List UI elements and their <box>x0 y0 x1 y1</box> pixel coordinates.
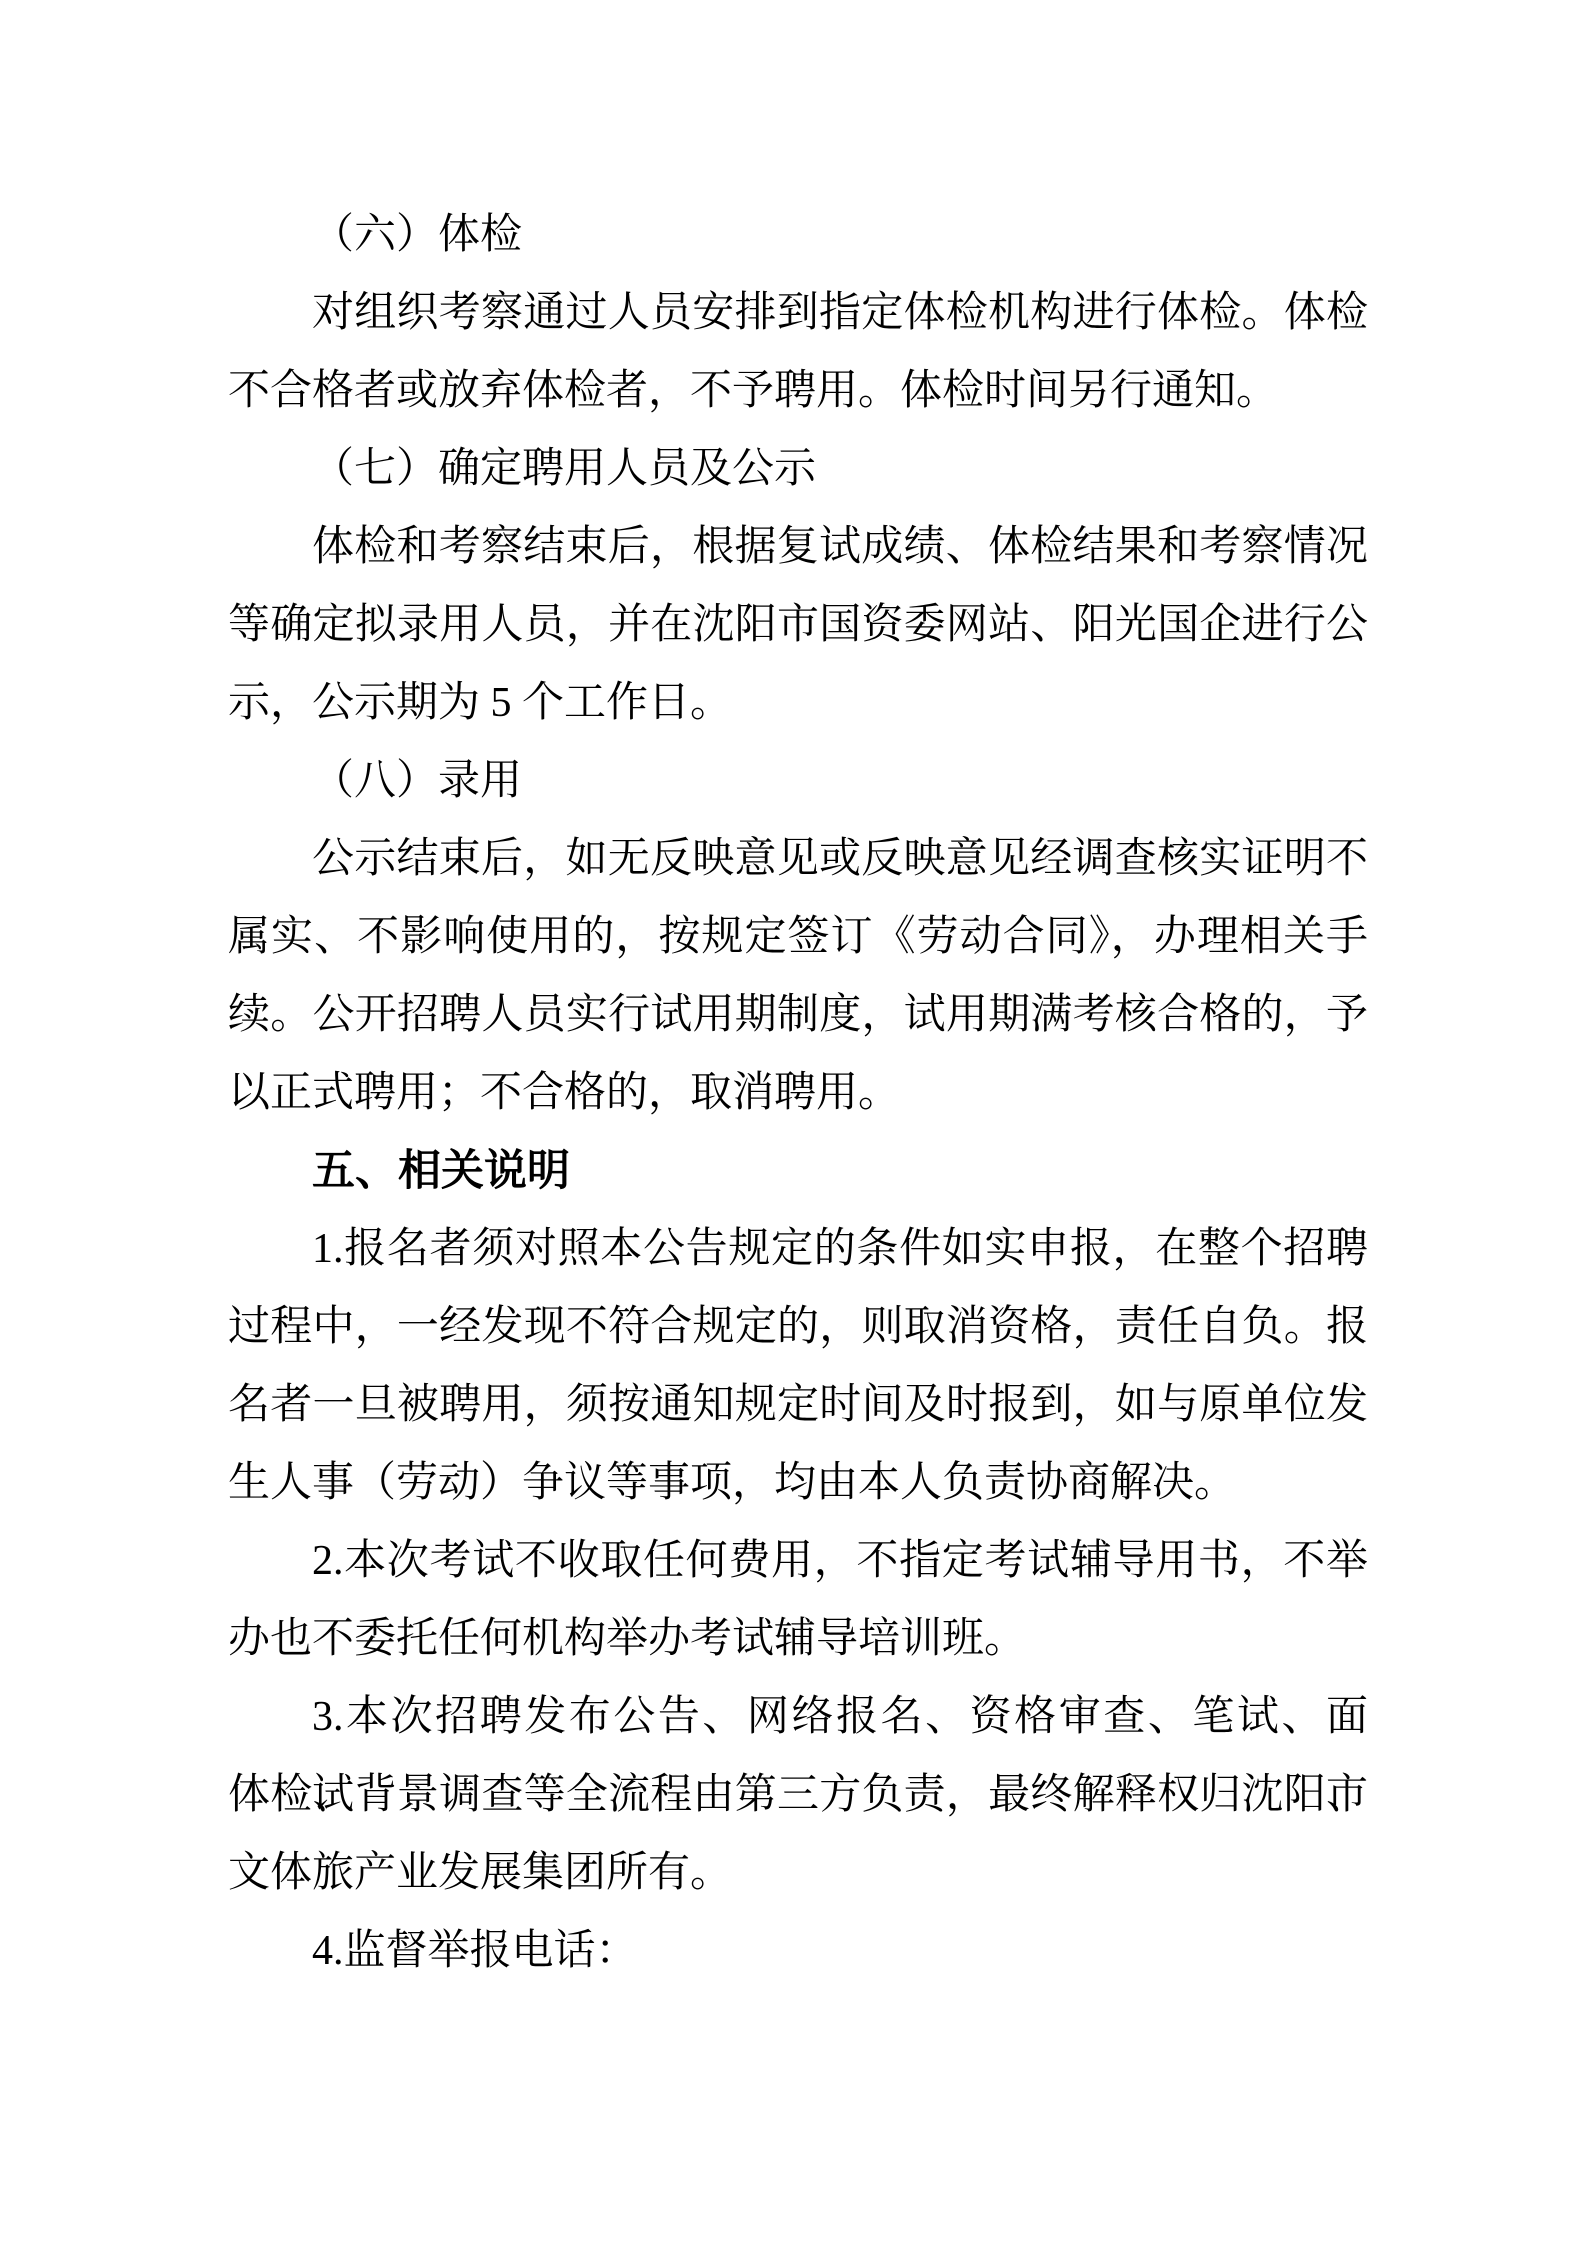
text-line: 续。公开招聘人员实行试用期制度，试用期满考核合格的，予 <box>228 976 1368 1054</box>
text-line: 生人事（劳动）争议等事项，均由本人负责协商解决。 <box>228 1444 1368 1522</box>
text-line: 示，公示期为 5 个工作日。 <box>228 664 1368 742</box>
text-line: 体检、背景调查等全流程由第三方负责，最终解释权归沈阳市 <box>228 1756 1368 1834</box>
section-heading: （六）体检 <box>228 196 1368 274</box>
section-heading: （七）确定聘用人员及公示 <box>228 430 1368 508</box>
text-line: 不合格者或放弃体检者，不予聘用。体检时间另行通知。 <box>228 352 1368 430</box>
text-line: 属实、不影响使用的，按规定签订《劳动合同》，办理相关手 <box>228 898 1368 976</box>
text-line: 公示结束后，如无反映意见或反映意见经调查核实证明不 <box>228 820 1368 898</box>
section-heading: 五、相关说明 <box>228 1132 1368 1210</box>
text-line: 3.本次招聘发布公告、网络报名、资格审查、笔试、面试、 <box>228 1678 1368 1756</box>
text-line: 过程中，一经发现不符合规定的，则取消资格，责任自负。报 <box>228 1288 1368 1366</box>
document-page: （六）体检对组织考察通过人员安排到指定体检机构进行体检。体检不合格者或放弃体检者… <box>0 0 1587 2245</box>
text-line: 文体旅产业发展集团所有。 <box>228 1834 1368 1912</box>
text-line: 等确定拟录用人员，并在沈阳市国资委网站、阳光国企进行公 <box>228 586 1368 664</box>
text-line: 名者一旦被聘用，须按通知规定时间及时报到，如与原单位发 <box>228 1366 1368 1444</box>
document-content: （六）体检对组织考察通过人员安排到指定体检机构进行体检。体检不合格者或放弃体检者… <box>228 196 1368 1990</box>
text-line: 对组织考察通过人员安排到指定体检机构进行体检。体检 <box>228 274 1368 352</box>
text-line: 1.报名者须对照本公告规定的条件如实申报，在整个招聘 <box>228 1210 1368 1288</box>
section-heading: （八）录用 <box>228 742 1368 820</box>
text-line: 4.监督举报电话： <box>228 1912 1368 1990</box>
text-line: 以正式聘用；不合格的，取消聘用。 <box>228 1054 1368 1132</box>
text-line: 2.本次考试不收取任何费用，不指定考试辅导用书，不举 <box>228 1522 1368 1600</box>
text-line: 办也不委托任何机构举办考试辅导培训班。 <box>228 1600 1368 1678</box>
text-line: 体检和考察结束后，根据复试成绩、体检结果和考察情况 <box>228 508 1368 586</box>
